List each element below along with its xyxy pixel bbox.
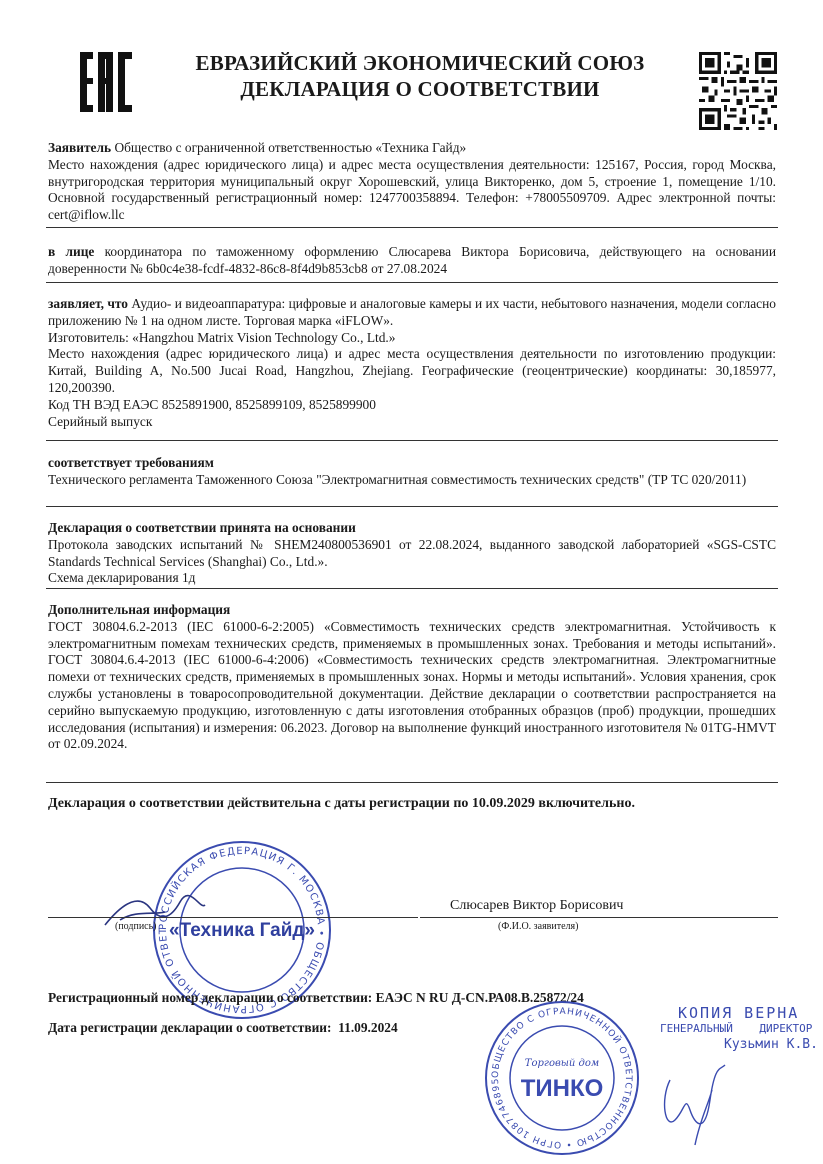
basis-text: Протокола заводских испытаний № SHEM2408…: [48, 537, 776, 569]
additional-label: Дополнительная информация: [48, 602, 230, 617]
divider: [46, 588, 778, 589]
svg-text:ТИНКО: ТИНКО: [521, 1075, 604, 1102]
title-line-2: ДЕКЛАРАЦИЯ О СООТВЕТСТВИИ: [150, 76, 690, 102]
registration-date-value: 11.09.2024: [338, 1020, 398, 1035]
divider: [46, 506, 778, 507]
additional-info-section: Дополнительная информация ГОСТ 30804.6.2…: [48, 602, 776, 753]
applicant-section: Заявитель Общество с ограниченной ответс…: [48, 140, 776, 224]
signer-caption: (Ф.И.О. заявителя): [498, 921, 578, 932]
registration-number-label: Регистрационный номер декларации о соотв…: [48, 990, 372, 1005]
director-signature-icon: [650, 1060, 730, 1150]
certified-copy-text: КОПИЯ ВЕРНА ГЕНЕРАЛЬНЫЙ ДИРЕКТОР Кузьмин…: [660, 1005, 818, 1053]
divider: [46, 440, 778, 441]
director-title-general: ГЕНЕРАЛЬНЫЙ: [660, 1022, 733, 1035]
declares-label: заявляет, что: [48, 296, 128, 311]
applicant-address: Место нахождения (адрес юридического лиц…: [48, 157, 776, 222]
signer-name: Слюсарев Виктор Борисович: [450, 898, 623, 914]
applicant-label: Заявитель: [48, 140, 111, 155]
registration-date: Дата регистрации декларации о соответств…: [48, 1020, 398, 1036]
signature-caption: (подпись): [115, 921, 157, 932]
hs-codes: Код ТН ВЭД ЕАЭС 8525891900, 8525899109, …: [48, 397, 376, 412]
manufacturer-address: Место нахождения (адрес юридического лиц…: [48, 346, 776, 395]
representative-label: в лице: [48, 244, 94, 259]
compliance-section: соответствует требованиям Технического р…: [48, 455, 776, 489]
divider: [46, 782, 778, 783]
svg-text:Торговый дом: Торговый дом: [525, 1058, 599, 1069]
divider: [46, 282, 778, 283]
certified-copy-seal-icon: ОБЩЕСТВО С ОГРАНИЧЕННОЙ ОТВЕТСТВЕННОСТЬЮ…: [480, 1000, 650, 1160]
registration-date-label: Дата регистрации декларации о соответств…: [48, 1020, 331, 1035]
basis-section: Декларация о соответствии принята на осн…: [48, 520, 776, 587]
director-title-director: ДИРЕКТОР: [759, 1022, 812, 1035]
production-type: Серийный выпуск: [48, 414, 152, 429]
copy-verified-label: КОПИЯ ВЕРНА: [660, 1005, 818, 1021]
compliance-text: Технического регламента Таможенного Союз…: [48, 472, 746, 487]
applicant-name: Общество с ограниченной ответственностью…: [114, 140, 466, 155]
eac-logo-icon: [80, 52, 132, 112]
signature-line: [48, 917, 418, 918]
document-title: ЕВРАЗИЙСКИЙ ЭКОНОМИЧЕСКИЙ СОЮЗ ДЕКЛАРАЦИ…: [150, 50, 690, 102]
title-line-1: ЕВРАЗИЙСКИЙ ЭКОНОМИЧЕСКИЙ СОЮЗ: [150, 50, 690, 76]
director-name: Кузьмин К.В.: [660, 1037, 818, 1053]
director-title: ГЕНЕРАЛЬНЫЙ ДИРЕКТОР: [660, 1021, 818, 1037]
qr-code-icon[interactable]: [699, 50, 777, 132]
name-line: [420, 917, 778, 918]
declaration-section: заявляет, что Аудио- и видеоаппаратура: …: [48, 296, 776, 430]
additional-text: ГОСТ 30804.6.2-2013 (IEC 61000-6-2:2005)…: [48, 619, 776, 752]
divider: [46, 227, 778, 228]
basis-label: Декларация о соответствии принята на осн…: [48, 520, 356, 535]
representative-section: в лице координатора по таможенному оформ…: [48, 244, 776, 278]
compliance-label: соответствует требованиям: [48, 455, 214, 470]
manufacturer: Изготовитель: «Hangzhou Matrix Vision Te…: [48, 330, 395, 345]
validity-statement: Декларация о соответствии действительна …: [48, 796, 635, 812]
declaration-scheme: Схема декларирования 1д: [48, 570, 196, 585]
representative-text: координатора по таможенному оформлению С…: [48, 244, 776, 276]
product-description: Аудио- и видеоаппаратура: цифровые и ана…: [48, 296, 776, 328]
